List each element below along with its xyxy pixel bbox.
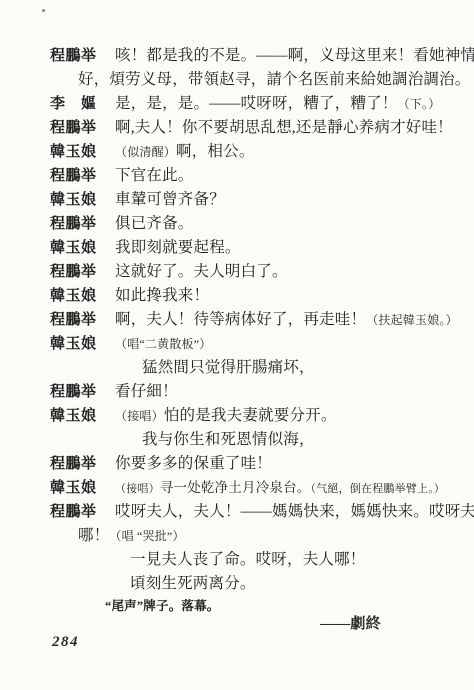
dialogue-text: 猛然間只觉得肝腸痛坏，	[142, 359, 315, 376]
dialogue-text: 这就好了。夫人明白了。	[115, 263, 288, 280]
stage-direction: （唱“二黄散板”）	[115, 337, 211, 351]
speaker-name: 程鵬举	[50, 116, 115, 140]
script-line: 韓玉娘如此搀我来！	[50, 284, 464, 308]
script-line: 猛然間只觉得肝腸痛坏，	[50, 356, 464, 380]
stage-direction: （接唱）	[115, 409, 164, 423]
script-line: 韓玉娘（唱“二黄散板”）	[50, 332, 464, 356]
dialogue-text: 我与你生和死恩情似海，	[142, 431, 315, 448]
script-line: 程鵬举啊,夫人！你不要胡思乱想,还是靜心养病才好哇！	[50, 116, 464, 140]
script-line: 程鵬举下官在此。	[50, 164, 464, 188]
script-line: 程鵬举啊，夫人！待等病体好了，再走哇！（扶起韓玉娘。）	[50, 308, 464, 332]
dialogue-text: 我即刻就要起程。	[115, 239, 241, 256]
script-line: 哪！（唱 “哭批”）	[50, 524, 464, 548]
speaker-name: 程鵬举	[50, 452, 115, 476]
dialogue-text: 頃刻生死两离分。	[130, 575, 256, 592]
speaker-name: 程鵬举	[50, 164, 115, 188]
dialogue-text: 好，煩劳义母，带領赵寻，請个名医前来給她調治調治。	[78, 71, 471, 88]
speaker-name: 韓玉娘	[50, 332, 115, 356]
speaker-name: 程鵬举	[50, 308, 115, 332]
speaker-name: 韓玉娘	[50, 188, 115, 212]
dialogue-text: 寻一处乾净土月冷泉台。	[160, 480, 311, 495]
dialogue-text: 啊,夫人！你不要胡思乱想,还是靜心养病才好哇！	[115, 119, 453, 136]
script-line: 韓玉娘我即刻就要起程。	[50, 236, 464, 260]
script-line: 頃刻生死两离分。	[50, 572, 464, 596]
dialogue-text: 怕的是我夫妻就要分开。	[164, 407, 337, 424]
script-line: 程鵬举看仔細！	[50, 380, 464, 404]
stage-direction: （下。）	[398, 97, 441, 111]
script-line: 韓玉娘（接唱）寻一处乾净土月冷泉台。（气絕，倒在程鵬举臂上。）	[50, 476, 464, 500]
script-line: 韓玉娘（似清醒）啊，相公。	[50, 140, 464, 164]
script-line: 我与你生和死恩情似海，	[50, 428, 464, 452]
text-block: 程鵬举咳！都是我的不是。——啊，义母这里来！看她神情不好，煩劳义母，带領赵寻，請…	[50, 44, 464, 636]
dialogue-text: “尾声”牌子。落幕。	[105, 599, 220, 613]
script-line: 程鵬举这就好了。夫人明白了。	[50, 260, 464, 284]
dialogue-text: ——劇終	[320, 616, 381, 632]
script-line: 程鵬举哎呀夫人，夫人！——媽媽快来，媽媽快来。哎呀夫人	[50, 500, 464, 524]
speaker-name: 程鵬举	[50, 380, 115, 404]
speaker-name: 程鵬举	[50, 212, 115, 236]
script-line: 韓玉娘（接唱）怕的是我夫妻就要分开。	[50, 404, 464, 428]
print-speck	[42, 9, 45, 12]
script-line: 李 嫗是，是，是。——哎呀呀，糟了，糟了！（下。）	[50, 92, 464, 116]
dialogue-text: 咳！都是我的不是。——啊，义母这里来！看她神情不	[115, 47, 474, 64]
script-line: 好，煩劳义母，带領赵寻，請个名医前来給她調治調治。	[50, 68, 464, 92]
speaker-name: 韓玉娘	[50, 404, 115, 428]
dialogue-text: 俱已齐备。	[115, 215, 194, 232]
dialogue-text: 一見夫人丧了命。哎呀，夫人哪！	[130, 551, 366, 568]
script-line: 程鵬举俱已齐备。	[50, 212, 464, 236]
stage-direction: （似清醒）	[115, 145, 176, 159]
stage-direction: （接唱）	[115, 483, 160, 495]
dialogue-text: 哪！	[78, 527, 109, 544]
stage-direction: （气絕，倒在程鵬举臂上。）	[311, 483, 446, 495]
speaker-name: 韓玉娘	[50, 140, 115, 164]
dialogue-text: 如此搀我来！	[115, 287, 209, 304]
dialogue-text: 下官在此。	[115, 167, 194, 184]
page-number: 284	[52, 634, 79, 651]
script-line: 一見夫人丧了命。哎呀，夫人哪！	[50, 548, 464, 572]
dialogue-text: 啊，夫人！待等病体好了，再走哇！	[115, 311, 366, 328]
speaker-name: 程鵬举	[50, 500, 115, 524]
book-page: 程鵬举咳！都是我的不是。——啊，义母这里来！看她神情不好，煩劳义母，带領赵寻，請…	[0, 0, 474, 690]
dialogue-text: 啊，相公。	[176, 143, 255, 160]
stage-direction: （唱 “哭批”）	[109, 529, 184, 543]
speaker-name: 程鵬举	[50, 260, 115, 284]
stage-direction: （扶起韓玉娘。）	[366, 313, 458, 327]
dialogue-text: 哎呀夫人，夫人！——媽媽快来，媽媽快来。哎呀夫人	[115, 503, 474, 520]
speaker-name: 韓玉娘	[50, 284, 115, 308]
dialogue-text: 你要多多的保重了哇！	[115, 455, 272, 472]
speaker-name: 李 嫗	[50, 92, 115, 116]
dialogue-text: 是，是，是。——哎呀呀，糟了，糟了！	[115, 95, 398, 112]
script-line: 韓玉娘車輦可曾齐备？	[50, 188, 464, 212]
dialogue-text: 看仔細！	[115, 383, 178, 400]
speaker-name: 程鵬举	[50, 44, 115, 68]
speaker-name: 韓玉娘	[50, 476, 115, 500]
script-line: 程鵬举咳！都是我的不是。——啊，义母这里来！看她神情不	[50, 44, 464, 68]
dialogue-text: 車輦可曾齐备？	[115, 191, 225, 208]
speaker-name: 韓玉娘	[50, 236, 115, 260]
script-line: 程鵬举你要多多的保重了哇！	[50, 452, 464, 476]
